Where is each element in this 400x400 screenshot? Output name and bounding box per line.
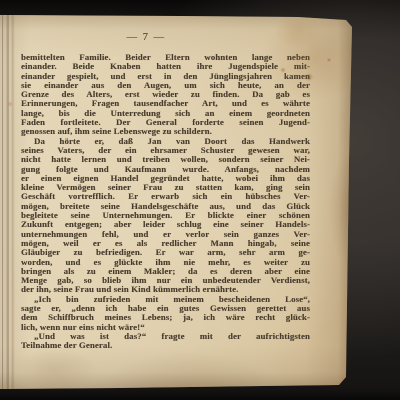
- page-gutter-crease: [0, 15, 20, 389]
- page-number: — 7 —: [22, 32, 270, 43]
- text-block: bemittelten Familie. Beider Eltern wohnt…: [21, 53, 310, 351]
- book-page: — 7 — bemittelten Familie. Beider Eltern…: [0, 0, 400, 400]
- book-scan-photo: — 7 — bemittelten Familie. Beider Eltern…: [0, 0, 400, 400]
- text-line: Teilnahme der General.: [21, 341, 310, 350]
